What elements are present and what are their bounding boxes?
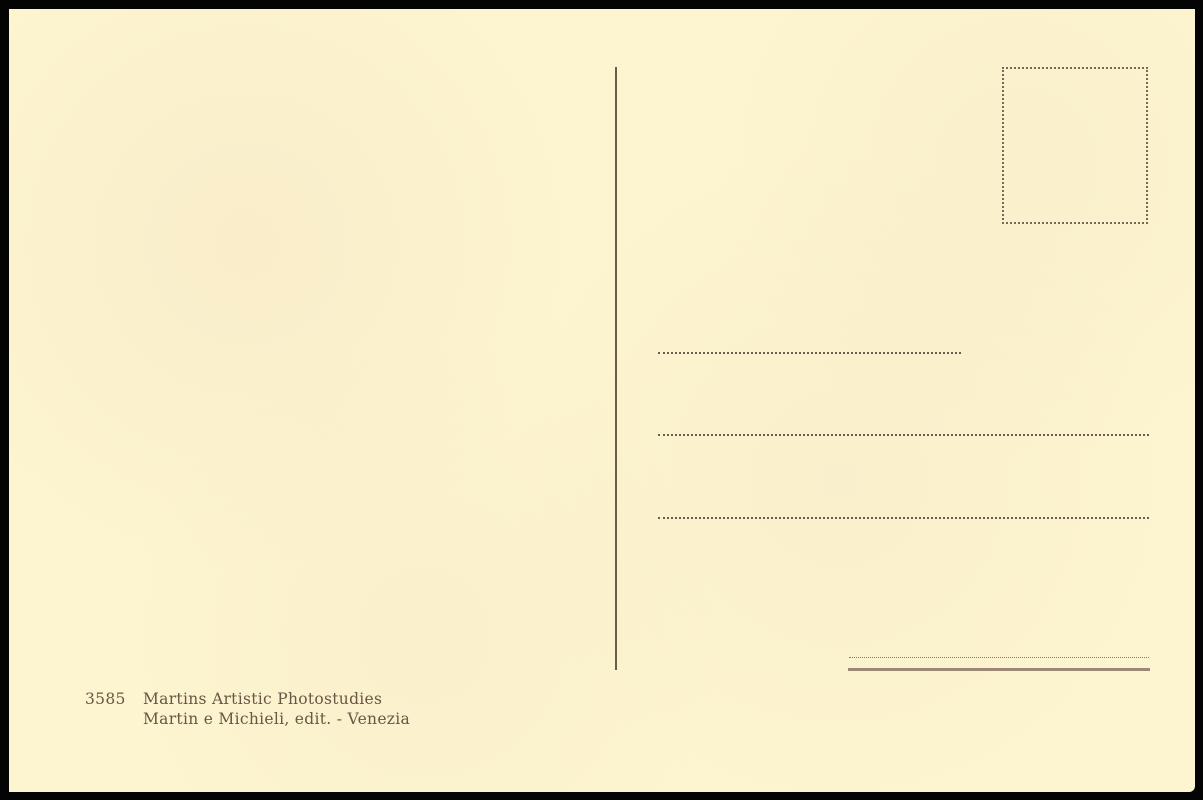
imprint-line-1: 3585Martins Artistic Photostudies <box>85 689 410 709</box>
publisher-location: Martin e Michieli, edit. - Venezia <box>85 709 410 729</box>
address-line-4-dotted <box>849 657 1149 658</box>
publisher-imprint: 3585Martins Artistic Photostudies Martin… <box>85 689 410 729</box>
address-line-4-solid <box>848 668 1150 671</box>
postcard-back: 3585Martins Artistic Photostudies Martin… <box>9 9 1195 792</box>
stamp-placeholder-box <box>1002 67 1148 224</box>
address-line-3 <box>658 517 1149 519</box>
publisher-name: Martins Artistic Photostudies <box>143 690 382 708</box>
catalog-number: 3585 <box>85 689 143 709</box>
address-line-1 <box>658 352 961 354</box>
center-divider-line <box>615 67 617 670</box>
address-line-2 <box>658 434 1149 436</box>
